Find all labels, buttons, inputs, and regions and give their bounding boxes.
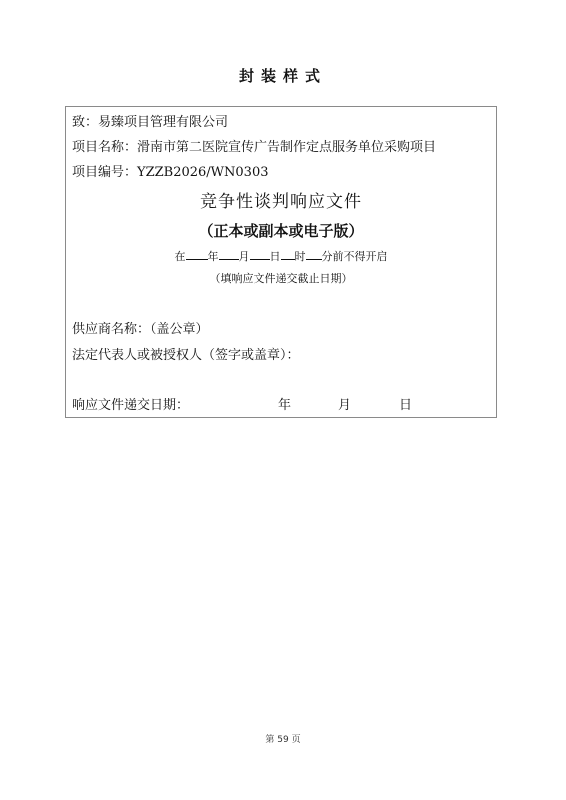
deadline-hour: 时 [295, 250, 306, 263]
month-blank [219, 249, 239, 260]
page-title: 封装样式 [0, 65, 566, 86]
document-subtitle: （正本或副本或电子版） [66, 220, 496, 241]
addressee-line: 致：易臻项目管理有限公司 [72, 111, 228, 130]
submission-date-year: 年 [278, 394, 291, 413]
document-title: 竞争性谈判响应文件 [66, 187, 496, 212]
deadline-year: 年 [208, 250, 219, 263]
deadline-day: 日 [270, 250, 281, 263]
hour-blank [281, 249, 295, 260]
deadline-suffix: 分前不得开启 [322, 250, 388, 263]
minute-blank [306, 249, 322, 260]
page-number: 第 59 页 [0, 732, 566, 745]
day-blank [250, 249, 270, 260]
envelope-form-box: 致：易臻项目管理有限公司 项目名称：滑南市第二医院宣传广告制作定点服务单位采购项… [65, 106, 497, 418]
deadline-month: 月 [239, 250, 250, 263]
submission-date-day: 日 [399, 394, 412, 413]
deadline-note: （填响应文件递交截止日期） [66, 270, 496, 286]
deadline-prefix: 在 [175, 250, 186, 263]
year-blank [186, 249, 208, 260]
opening-deadline-line: 在年月日时分前不得开启 [66, 248, 496, 264]
submission-date-label: 响应文件递交日期： [72, 394, 189, 413]
supplier-name-line: 供应商名称：（盖公章） [72, 318, 209, 337]
legal-representative-line: 法定代表人或被授权人（签字或盖章）： [72, 344, 300, 363]
submission-date-month: 月 [338, 394, 351, 413]
project-name-line: 项目名称：滑南市第二医院宣传广告制作定点服务单位采购项目 [72, 136, 436, 155]
project-number-line: 项目编号：YZZB2026/WN0303 [72, 161, 269, 180]
submission-date-row: 响应文件递交日期： 年 月 日 [72, 394, 492, 410]
